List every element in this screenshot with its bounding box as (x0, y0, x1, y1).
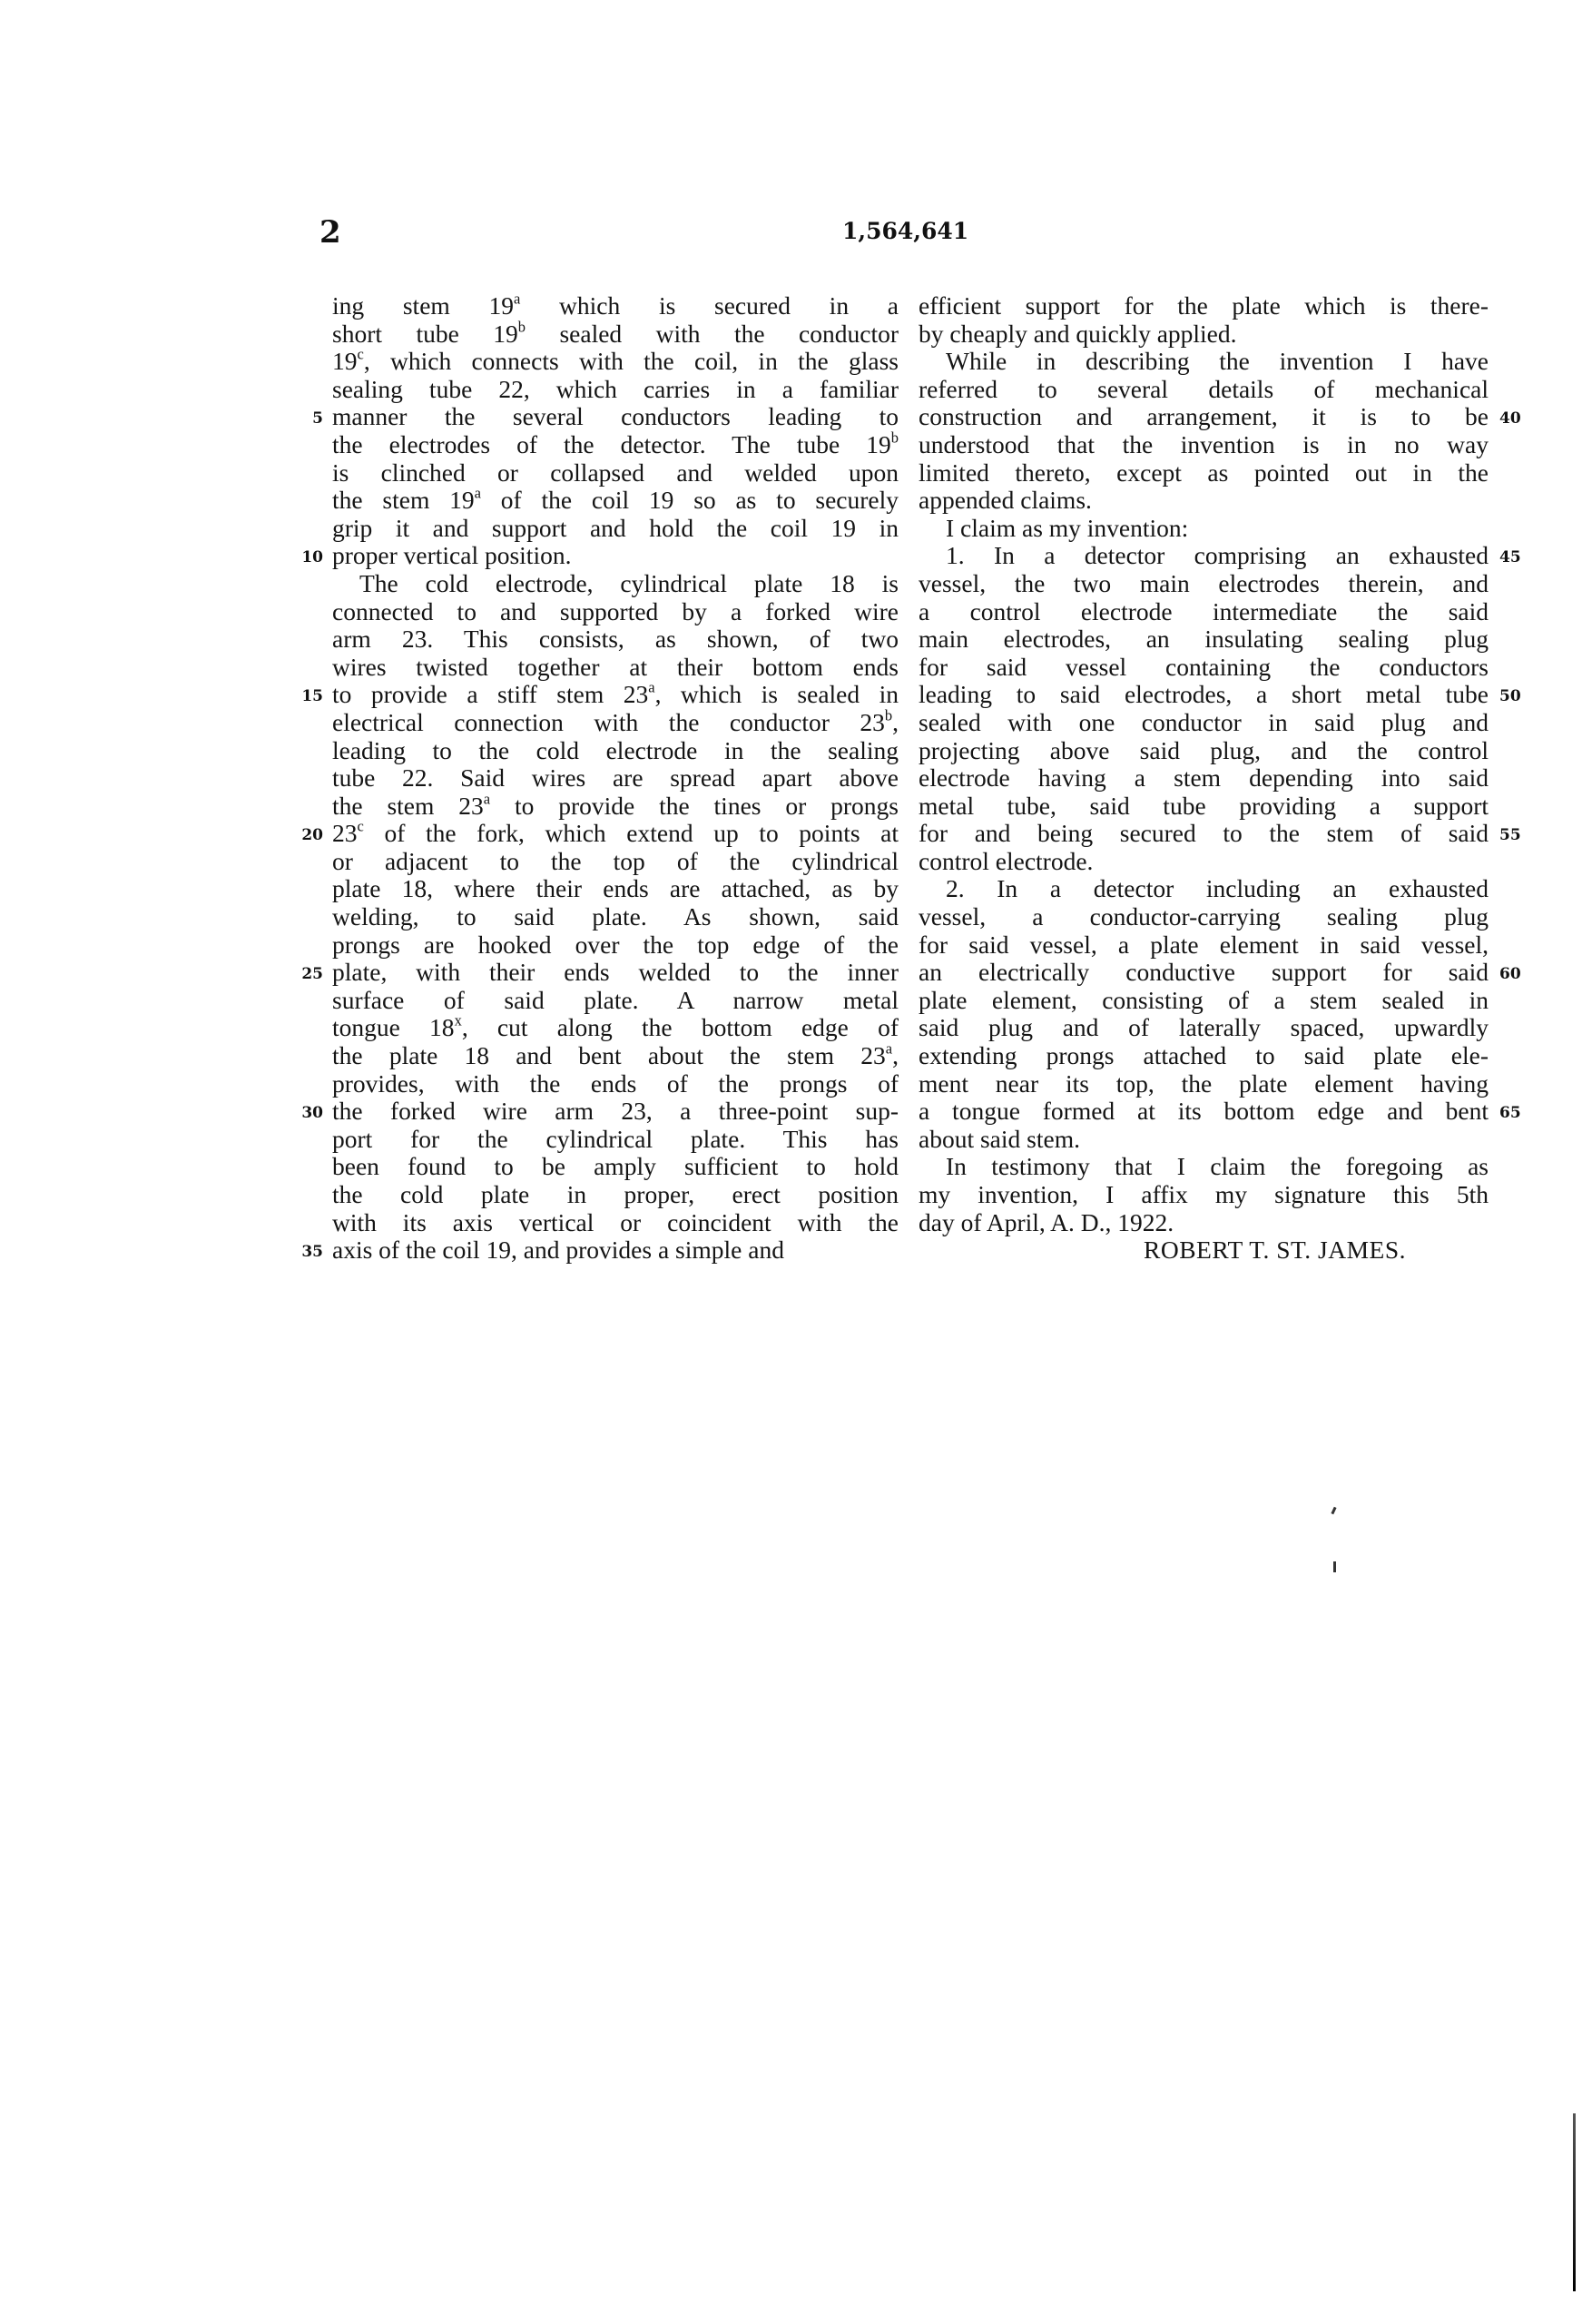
text-line: proper vertical position. (332, 542, 899, 570)
text-line: for said vessel containing the conductor… (919, 654, 1489, 682)
text-line: vessel, the two main electrodes therein,… (919, 570, 1489, 598)
line-number: 65 (1499, 1104, 1521, 1122)
text-line: electrical connection with the conductor… (332, 709, 899, 737)
text-line: the forked wire arm 23, a three-point su… (332, 1098, 899, 1126)
text-line: about said stem. (919, 1126, 1489, 1154)
text-line: 23c of the fork, which extend up to poin… (332, 820, 899, 848)
text-line: the stem 23a to provide the tines or pro… (332, 793, 899, 821)
text-line: day of April, A. D., 1922. (919, 1209, 1489, 1237)
text-line: ing stem 19a which is secured in a (332, 292, 899, 320)
signature: ROBERT T. ST. JAMES. (919, 1236, 1489, 1265)
text-line: extending prongs attached to said plate … (919, 1042, 1489, 1070)
text-line: said plug and of laterally spaced, upwar… (919, 1014, 1489, 1042)
text-line: manner the several conductors leading to (332, 403, 899, 431)
text-line: I claim as my invention: (919, 515, 1489, 543)
text-line: the stem 19a of the coil 19 so as to sec… (332, 487, 899, 515)
text-line: construction and arrangement, it is to b… (919, 403, 1489, 431)
text-line: arm 23. This consists, as shown, of two (332, 625, 899, 654)
text-line: or adjacent to the top of the cylindrica… (332, 848, 899, 876)
line-number: 10 (300, 548, 323, 566)
text-line: ment near its top, the plate element hav… (919, 1070, 1489, 1098)
text-line: tube 22. Said wires are spread apart abo… (332, 764, 899, 793)
text-line: the electrodes of the detector. The tube… (332, 431, 899, 459)
text-line: main electrodes, an insulating sealing p… (919, 625, 1489, 654)
text-line: control electrode. (919, 848, 1489, 876)
line-number: 55 (1499, 826, 1521, 844)
right-text-column: efficient support for the plate which is… (919, 292, 1489, 1265)
text-line: referred to several details of mechanica… (919, 376, 1489, 404)
page-number: 2 (319, 214, 341, 251)
line-number: 30 (300, 1104, 323, 1122)
text-line: tongue 18x, cut along the bottom edge of (332, 1014, 899, 1042)
text-line: grip it and support and hold the coil 19… (332, 515, 899, 543)
text-line: is clinched or collapsed and welded upon (332, 459, 899, 487)
text-line: wires twisted together at their bottom e… (332, 654, 899, 682)
scan-speck (1331, 1507, 1336, 1515)
text-line: the plate 18 and bent about the stem 23a… (332, 1042, 899, 1070)
line-number: 50 (1499, 687, 1521, 705)
scan-edge-line (1573, 2113, 1576, 2291)
text-line: In testimony that I claim the foregoing … (919, 1153, 1489, 1181)
text-line: for said vessel, a plate element in said… (919, 931, 1489, 960)
left-text-column: ing stem 19a which is secured in ashort … (332, 292, 899, 1265)
text-line: connected to and supported by a forked w… (332, 598, 899, 626)
text-line: projecting above said plug, and the cont… (919, 737, 1489, 765)
line-number: 20 (300, 826, 323, 844)
text-line: provides, with the ends of the prongs of (332, 1070, 899, 1098)
text-line: metal tube, said tube providing a suppor… (919, 793, 1489, 821)
text-line: plate 18, where their ends are attached,… (332, 875, 899, 903)
text-line: my invention, I affix my signature this … (919, 1181, 1489, 1209)
text-line: the cold plate in proper, erect position (332, 1181, 899, 1209)
line-number: 5 (300, 409, 323, 428)
text-line: 2. In a detector including an exhausted (919, 875, 1489, 903)
text-line: electrode having a stem depending into s… (919, 764, 1489, 793)
text-line: surface of said plate. A narrow metal (332, 987, 899, 1015)
text-line: sealing tube 22, which carries in a fami… (332, 376, 899, 404)
text-line: 19c, which connects with the coil, in th… (332, 348, 899, 376)
text-line: leading to the cold electrode in the sea… (332, 737, 899, 765)
text-line: plate element, consisting of a stem seal… (919, 987, 1489, 1015)
text-line: appended claims. (919, 487, 1489, 515)
line-number: 45 (1499, 548, 1521, 566)
line-number: 25 (300, 965, 323, 983)
line-number: 35 (300, 1243, 323, 1261)
text-line: limited thereto, except as pointed out i… (919, 459, 1489, 487)
text-line: welding, to said plate. As shown, said (332, 903, 899, 931)
line-number: 40 (1499, 409, 1521, 428)
text-line: been found to be amply sufficient to hol… (332, 1153, 899, 1181)
text-line: with its axis vertical or coincident wit… (332, 1209, 899, 1237)
text-line: understood that the invention is in no w… (919, 431, 1489, 459)
text-line: plate, with their ends welded to the inn… (332, 959, 899, 987)
patent-number: 1,564,641 (842, 218, 968, 244)
text-line: While in describing the invention I have (919, 348, 1489, 376)
line-number: 60 (1499, 965, 1521, 983)
text-line: by cheaply and quickly applied. (919, 320, 1489, 349)
text-line: short tube 19b sealed with the conductor (332, 320, 899, 349)
line-number: 15 (300, 687, 323, 705)
text-line: vessel, a conductor-carrying sealing plu… (919, 903, 1489, 931)
text-line: an electrically conductive support for s… (919, 959, 1489, 987)
text-line: port for the cylindrical plate. This has (332, 1126, 899, 1154)
text-line: prongs are hooked over the top edge of t… (332, 931, 899, 960)
text-line: a tongue formed at its bottom edge and b… (919, 1098, 1489, 1126)
text-line: for and being secured to the stem of sai… (919, 820, 1489, 848)
text-line: axis of the coil 19, and provides a simp… (332, 1236, 899, 1265)
text-line: efficient support for the plate which is… (919, 292, 1489, 320)
text-line: sealed with one conductor in said plug a… (919, 709, 1489, 737)
text-line: to provide a stiff stem 23a, which is se… (332, 681, 899, 709)
text-line: The cold electrode, cylindrical plate 18… (332, 570, 899, 598)
text-line: 1. In a detector comprising an exhausted (919, 542, 1489, 570)
scan-speck (1333, 1561, 1336, 1572)
text-line: leading to said electrodes, a short meta… (919, 681, 1489, 709)
text-line: a control electrode intermediate the sai… (919, 598, 1489, 626)
